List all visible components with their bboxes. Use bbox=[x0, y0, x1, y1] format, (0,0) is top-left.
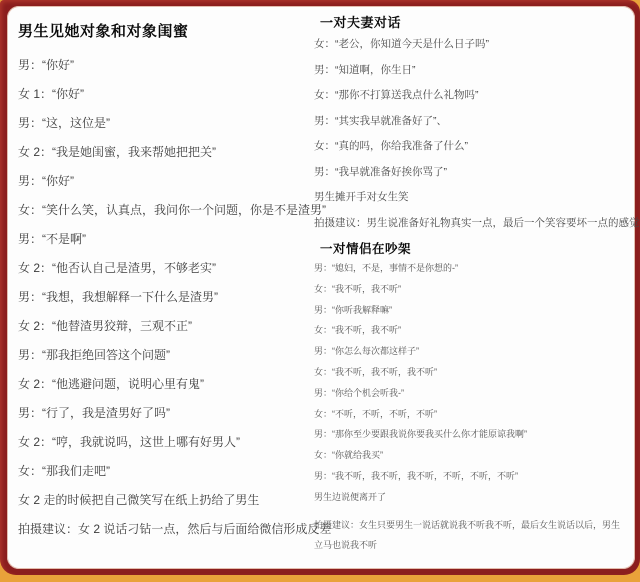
dialogue-line: 男：“行了，我是渣男好了吗” bbox=[18, 399, 314, 428]
dialogue-line: 女 2：“他逃避问题，说明心里有鬼” bbox=[18, 370, 314, 399]
left-column: 男生见她对象和对象闺蜜 男：“你好” 女 1：“你好” 男：“这，这位是” 女 … bbox=[18, 22, 314, 544]
dialogue-line: 男：“媳妇，不是，事情不是你想的-” bbox=[314, 258, 632, 279]
dialogue-line: 女：“我不听，我不听” bbox=[314, 320, 632, 341]
dialogue-line: 男：“你给个机会听我-” bbox=[314, 383, 632, 404]
dialogue-line: 女：“真的吗，你给我准备了什么” bbox=[314, 134, 632, 160]
dialogue-line: 男：“知道啊，你生日” bbox=[314, 58, 632, 84]
scene-title-blind-date: 男生见她对象和对象闺蜜 bbox=[18, 22, 314, 42]
stage-direction: 男生边说便离开了 bbox=[314, 487, 632, 508]
dialogue-line: 男：“不是啊” bbox=[18, 225, 314, 254]
dialogue-line: 男：“你好” bbox=[18, 167, 314, 196]
dialogue-line: 男：“你好” bbox=[18, 51, 314, 80]
dialogue-line: 男：“你怎么每次都这样子” bbox=[314, 341, 632, 362]
dialogue-line: 男：“我不听，我不听，我不听，不听，不听，不听” bbox=[314, 466, 632, 487]
dialogue-line: 女：“老公，你知道今天是什么日子吗” bbox=[314, 32, 632, 58]
dialogue-line: 女：“不听，不听，不听，不听” bbox=[314, 404, 632, 425]
dialogue-line: 男：“我想，我想解释一下什么是渣男” bbox=[18, 283, 314, 312]
dialogue-line: 男：“那我拒绝回答这个问题” bbox=[18, 341, 314, 370]
shooting-advice: 拍摄建议：女 2 说话刁钻一点，然后与后面给微信形成反差 bbox=[18, 515, 314, 544]
dialogue-line: 女 2：“他否认自己是渣男，不够老实” bbox=[18, 254, 314, 283]
shooting-advice: 拍摄建议：男生说准备好礼物真实一点，最后一个笑容要坏一点的感觉 bbox=[314, 211, 632, 237]
dialogue-line: 女：“我不听，我不听，我不听” bbox=[314, 362, 632, 383]
dialogue-line: 男：“我早就准备好挨你骂了” bbox=[314, 160, 632, 186]
dialogue-line: 女 2：“我是她闺蜜，我来帮她把把关” bbox=[18, 138, 314, 167]
dialogue-line: 男：“那你至少要跟我说你要我买什么你才能原谅我啊” bbox=[314, 424, 632, 445]
dialogue-line: 女：“你就给我买” bbox=[314, 445, 632, 466]
dialogue-line: 女：“那我们走吧” bbox=[18, 457, 314, 486]
stage-direction: 男生摊开手对女生笑 bbox=[314, 185, 632, 211]
dialogue-line: 男：“你听我解释嘛” bbox=[314, 300, 632, 321]
content-card: 男生见她对象和对象闺蜜 男：“你好” 女 1：“你好” 男：“这，这位是” 女 … bbox=[7, 6, 635, 569]
script-page: { "page": { "frame_color": "#8b1e1e", "b… bbox=[0, 0, 640, 582]
scene-title-couple-dialogue: 一对夫妻对话 bbox=[320, 14, 632, 32]
dialogue-line: 女：“我不听，我不听” bbox=[314, 279, 632, 300]
dialogue-line: 女 2：“哼，我就说吗，这世上哪有好男人” bbox=[18, 428, 314, 457]
dialogue-line: 女：“笑什么笑，认真点，我问你一个问题，你是不是渣男” bbox=[18, 196, 314, 225]
dialogue-line: 女：“那你不打算送我点什么礼物吗” bbox=[314, 83, 632, 109]
shooting-advice: 拍摄建议：女生只要男生一说话就说我不听我不听，最后女生说话以后，男生立马也说我不… bbox=[314, 515, 626, 555]
dialogue-line: 男：“其实我早就准备好了”、 bbox=[314, 109, 632, 135]
scene-title-couple-quarrel: 一对情侣在吵架 bbox=[320, 240, 632, 258]
right-column: 一对夫妻对话 女：“老公，你知道今天是什么日子吗” 男：“知道啊，你生日” 女：… bbox=[314, 14, 632, 555]
stage-direction: 女 2 走的时候把自己微笑写在纸上扔给了男生 bbox=[18, 486, 314, 515]
dialogue-line: 女 1：“你好” bbox=[18, 80, 314, 109]
dialogue-line: 女 2：“他替渣男狡辩，三观不正” bbox=[18, 312, 314, 341]
dialogue-line: 男：“这，这位是” bbox=[18, 109, 314, 138]
